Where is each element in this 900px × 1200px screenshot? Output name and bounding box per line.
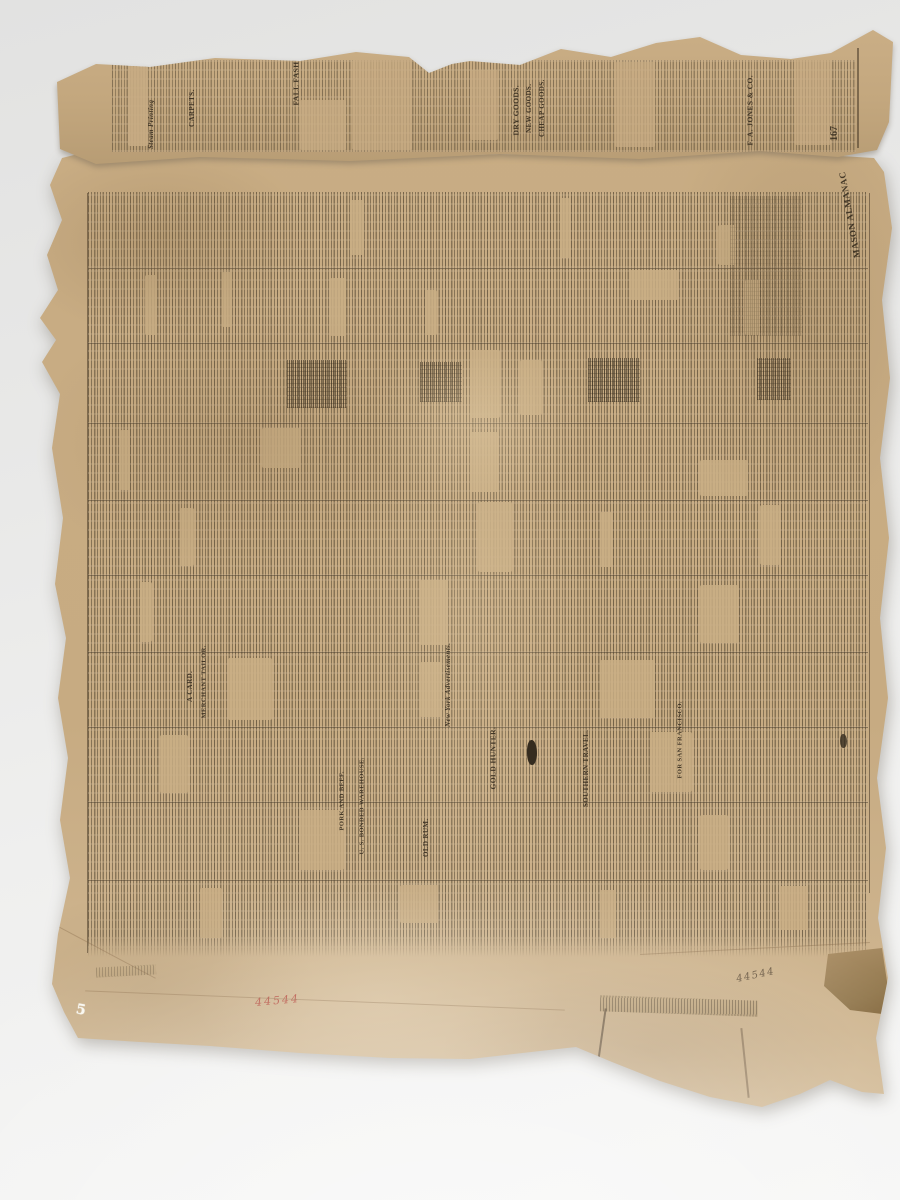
text-gap <box>478 502 512 572</box>
text-band <box>88 575 868 653</box>
text-gap <box>350 200 364 255</box>
crease-line <box>85 990 565 1010</box>
text-gap <box>352 60 412 150</box>
headline-fall-fashions: FALL FASHIONS! <box>293 39 301 106</box>
headline-steam-printing: Steam Printing <box>148 100 155 149</box>
headline-cheap-goods: CHEAP GOODS. <box>539 79 546 137</box>
page-number: 167 <box>829 126 840 141</box>
text-gap <box>120 430 130 490</box>
headline-merchant-tailor: MERCHANT TAILOR. <box>202 645 209 718</box>
dense-text-block <box>588 358 640 402</box>
text-gap <box>300 100 346 150</box>
paper-fragment <box>600 995 758 1017</box>
newspaper-main-sheet: MASON ALMANAC A CARD. MERCHANT TAILOR. N… <box>0 0 900 1200</box>
crease-line <box>740 1028 749 1098</box>
text-gap <box>760 505 780 565</box>
folded-top-strip: CARPETS. Steam Printing FALL FASHIONS! D… <box>0 0 900 180</box>
main-sheet-paper: MASON ALMANAC A CARD. MERCHANT TAILOR. N… <box>0 0 900 1200</box>
text-gap <box>262 428 300 468</box>
headline-gold-hunter: GOLD HUNTER. <box>490 727 498 790</box>
headline-us-bonded: U. S. BONDED WAREHOUSE. <box>360 757 367 854</box>
text-gap <box>600 512 612 567</box>
text-gap <box>425 290 437 335</box>
text-gap <box>140 582 152 642</box>
text-gap <box>780 886 808 930</box>
ink-blot <box>840 734 847 748</box>
headline-old-rum: OLD RUM. <box>423 818 430 857</box>
white-paint-mark: 5 <box>75 1001 87 1018</box>
text-gap <box>470 350 500 418</box>
dense-text-block <box>757 358 791 400</box>
text-gap <box>650 732 692 792</box>
headline-new-york-ads: New York Advertisements. <box>445 643 452 727</box>
dense-text-block <box>420 362 462 402</box>
text-gap <box>470 70 498 140</box>
text-gap <box>420 662 442 717</box>
photograph-of-aged-newspaper: MASON ALMANAC A CARD. MERCHANT TAILOR. N… <box>0 0 900 1200</box>
paper-fragment <box>96 964 156 977</box>
text-gap <box>700 585 738 643</box>
text-gap <box>420 580 448 645</box>
text-gap <box>700 815 728 870</box>
headline-carpets: CARPETS. <box>189 89 196 127</box>
dense-text-block <box>287 360 347 408</box>
red-accession-number: 44544 <box>255 992 301 1009</box>
tear-crack <box>591 1008 606 1103</box>
headline-jones-co: F. A. JONES & CO. <box>747 75 755 146</box>
text-gap <box>228 658 272 720</box>
headline-pork-beef: PORK AND BEEF. <box>340 771 347 830</box>
text-gap <box>795 60 831 145</box>
text-gap <box>630 270 678 300</box>
text-gap <box>520 360 542 415</box>
column-rule <box>857 48 859 148</box>
text-gap <box>200 888 222 938</box>
headline-dry-goods: DRY GOODS. <box>513 85 521 136</box>
headline-new-goods: NEW GOODS. <box>526 84 533 133</box>
dense-text-block <box>730 196 802 336</box>
text-gap <box>145 275 157 335</box>
text-gap <box>470 432 498 492</box>
text-gap <box>222 272 232 327</box>
text-gap <box>615 62 655 147</box>
ink-blot <box>527 740 537 765</box>
text-gap <box>300 810 344 870</box>
headline-for-san-francisco: FOR SAN FRANCISCO. <box>678 701 685 778</box>
folded-corner-piece <box>824 948 888 1016</box>
text-band <box>88 802 868 881</box>
column-rule <box>869 193 870 893</box>
fold-strip-paper: CARPETS. Steam Printing FALL FASHIONS! D… <box>0 0 900 180</box>
text-gap <box>330 278 346 336</box>
pencil-accession-number: 44544 <box>735 966 776 985</box>
text-gap <box>700 460 748 496</box>
text-gap <box>128 66 148 146</box>
text-gap <box>560 198 570 258</box>
text-band <box>88 727 868 803</box>
headline-southern-travel: SOUTHERN TRAVEL. <box>583 730 590 807</box>
text-gap <box>180 508 194 566</box>
text-gap <box>160 735 188 793</box>
column-rule <box>87 193 88 953</box>
headline-a-card: A CARD. <box>187 671 194 702</box>
text-gap <box>600 660 655 718</box>
text-gap <box>400 885 438 923</box>
text-gap <box>600 890 616 938</box>
